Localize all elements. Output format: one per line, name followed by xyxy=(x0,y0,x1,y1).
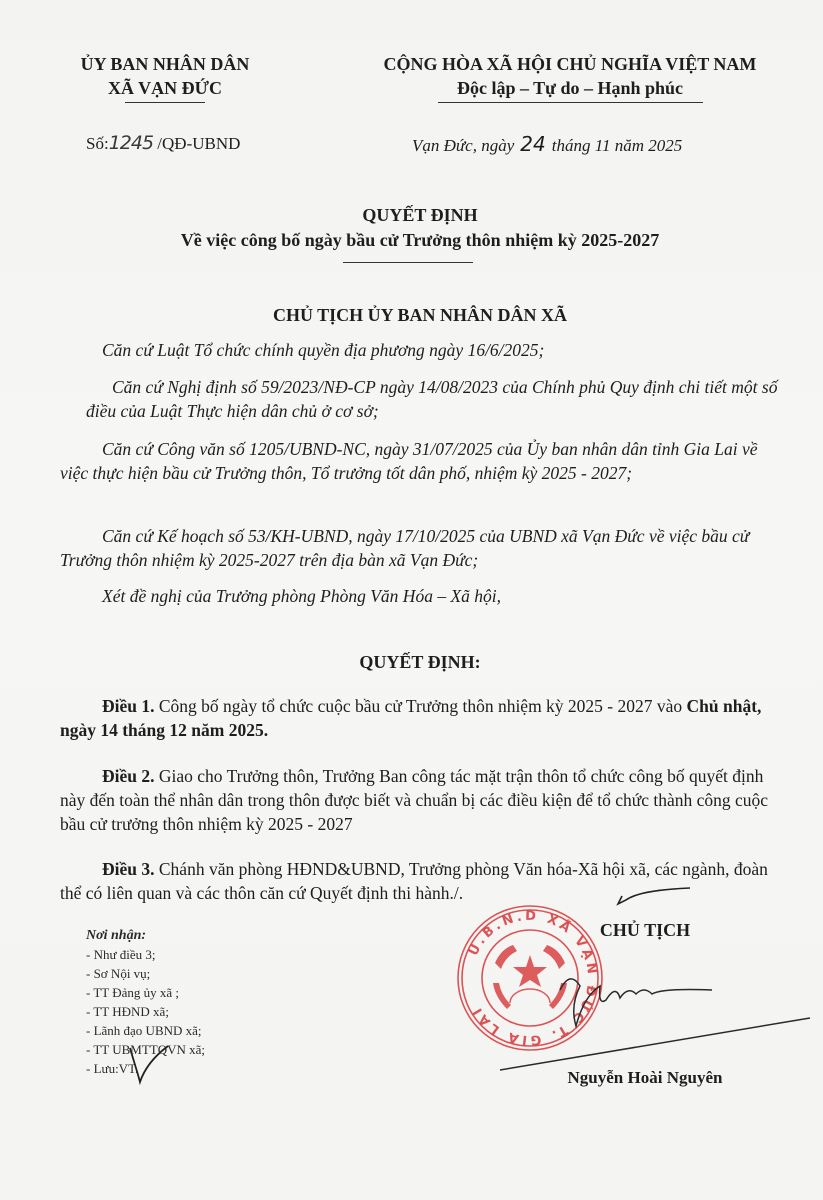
legal-basis-3: Căn cứ Công văn số 1205/UBND-NC, ngày 31… xyxy=(60,437,786,485)
handwritten-number: 1245 xyxy=(109,132,153,154)
recipient-item: - Sơ Nội vụ; xyxy=(86,964,205,983)
legal-basis-1: Căn cứ Luật Tổ chức chính quyền địa phươ… xyxy=(86,338,786,362)
article-3-label: Điều 3. xyxy=(102,859,155,879)
national-header: CỘNG HÒA XÃ HỘI CHỦ NGHĨA VIỆT NAM Độc l… xyxy=(340,52,800,103)
legal-basis-2: Căn cứ Nghị định số 59/2023/NĐ-CP ngày 1… xyxy=(60,375,786,423)
handwritten-day: 24 xyxy=(520,132,545,156)
number-prefix: Số: xyxy=(86,134,109,153)
place-date: Vạn Đức, ngày24tháng 11 năm 2025 xyxy=(412,132,682,156)
recipient-item: - Như điều 3; xyxy=(86,945,205,964)
motto-underline xyxy=(438,102,703,103)
initial-mark-icon xyxy=(120,1040,180,1090)
date-suffix: tháng 11 năm 2025 xyxy=(552,136,683,155)
legal-basis-5: Xét đề nghị của Trưởng phòng Phòng Văn H… xyxy=(60,584,786,608)
authority-heading: CHỦ TỊCH ỦY BAN NHÂN DÂN XÃ xyxy=(60,305,780,326)
number-suffix: /QĐ-UBND xyxy=(157,134,240,153)
legal-basis-4: Căn cứ Kế hoạch số 53/KH-UBND, ngày 17/1… xyxy=(60,524,786,572)
article-1: Điều 1. Công bố ngày tổ chức cuộc bầu cử… xyxy=(60,694,786,742)
issuer-header: ỦY BAN NHÂN DÂN XÃ VẠN ĐỨC xyxy=(40,52,290,103)
date-prefix: Vạn Đức, ngày xyxy=(412,136,514,155)
recipient-item: - TT HĐND xã; xyxy=(86,1002,205,1021)
document-page: ỦY BAN NHÂN DÂN XÃ VẠN ĐỨC CỘNG HÒA XÃ H… xyxy=(0,0,823,1200)
signatory-name: Nguyễn Hoài Nguyên xyxy=(540,1068,750,1088)
document-subject: Về việc công bố ngày bầu cử Trưởng thôn … xyxy=(60,230,780,251)
document-title: QUYẾT ĐỊNH xyxy=(60,205,780,226)
recipients-label: Nơi nhận: xyxy=(86,926,205,945)
article-2-label: Điều 2. xyxy=(102,766,155,786)
recipient-item: - TT Đảng ủy xã ; xyxy=(86,983,205,1002)
issuer-line2: XÃ VẠN ĐỨC xyxy=(40,76,290,100)
article-1-label: Điều 1. xyxy=(102,696,155,716)
national-motto: Độc lập – Tự do – Hạnh phúc xyxy=(340,76,800,100)
issuer-line1: ỦY BAN NHÂN DÂN xyxy=(40,52,290,76)
subject-underline xyxy=(343,262,473,263)
decision-heading: QUYẾT ĐỊNH: xyxy=(60,652,780,673)
issuer-underline xyxy=(125,102,205,103)
document-number: Số:1245 /QĐ-UBND xyxy=(86,132,240,154)
article-2: Điều 2. Giao cho Trưởng thôn, Trưởng Ban… xyxy=(60,764,786,836)
recipient-item: - Lãnh đạo UBND xã; xyxy=(86,1021,205,1040)
national-title: CỘNG HÒA XÃ HỘI CHỦ NGHĨA VIỆT NAM xyxy=(340,52,800,76)
